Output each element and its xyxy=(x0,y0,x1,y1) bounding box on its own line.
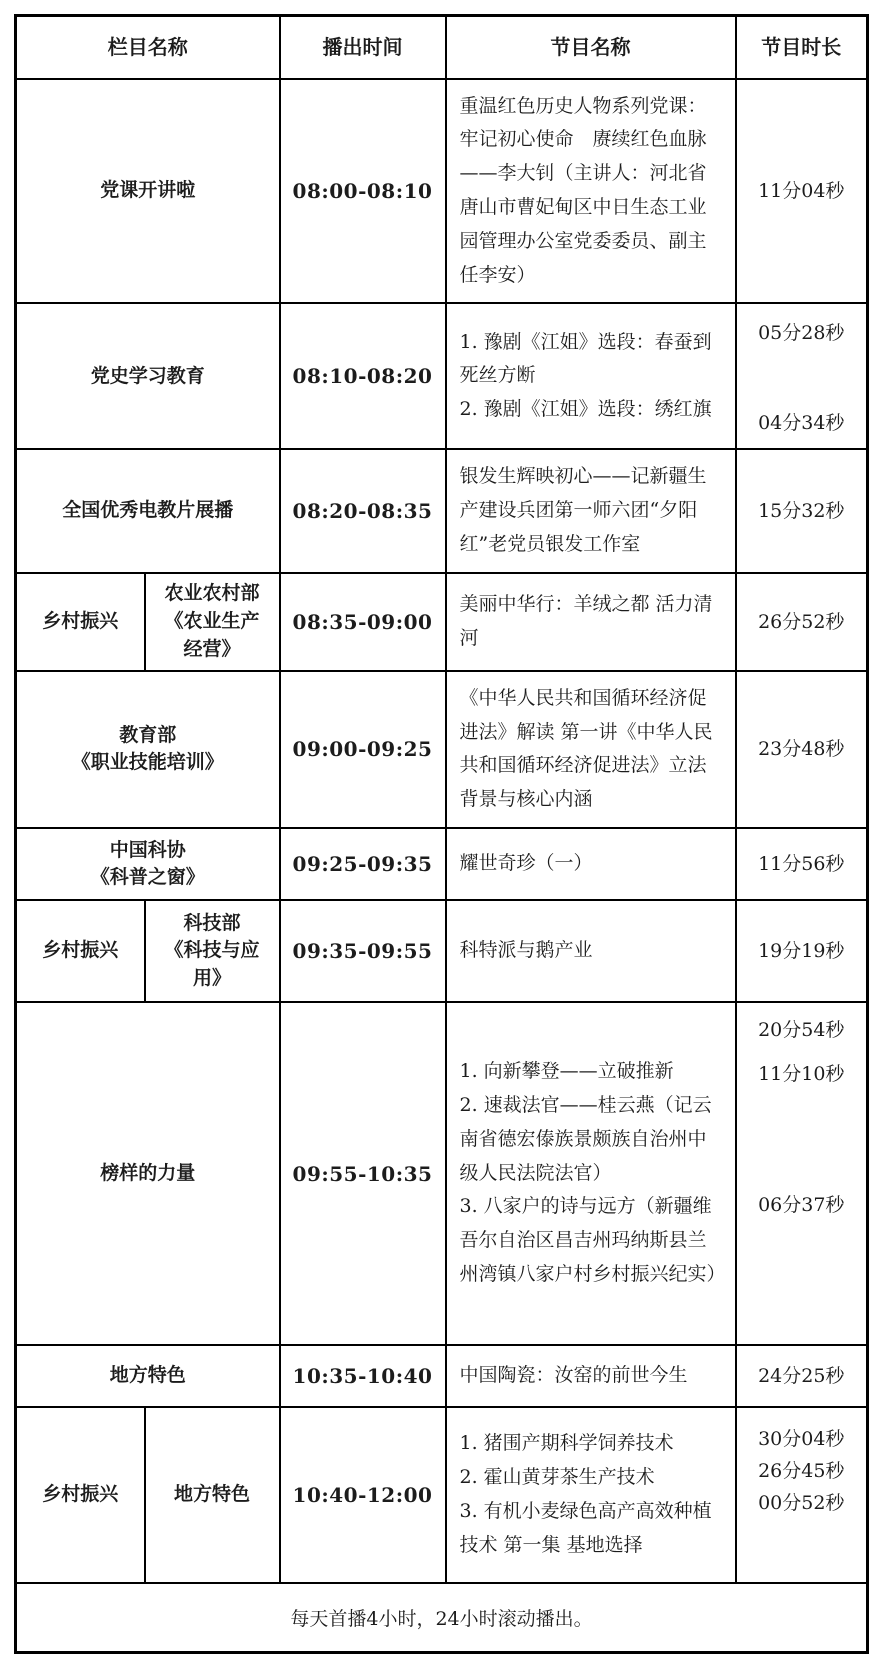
program-name-cell: 《中华人民共和国循环经济促进法》解读 第一讲《中华人民共和国循环经济促进法》立法… xyxy=(446,671,736,828)
duration-cell: 11分04秒 xyxy=(736,79,868,304)
duration-item: 11分56秒 xyxy=(743,851,861,877)
table-row: 中国科协 《科普之窗》09:25-09:35耀世奇珍（一）11分56秒 xyxy=(16,828,868,900)
program-item: 1. 向新攀登——立破推新 xyxy=(460,1055,722,1089)
duration-cell: 24分25秒 xyxy=(736,1345,868,1407)
broadcast-time-cell: 08:20-08:35 xyxy=(280,449,446,572)
program-item: 《中华人民共和国循环经济促进法》解读 第一讲《中华人民共和国循环经济促进法》立法… xyxy=(460,682,722,817)
duration-item: 23分48秒 xyxy=(743,736,861,762)
program-category-cell: 党史学习教育 xyxy=(16,303,280,449)
column-header-duration: 节目时长 xyxy=(736,16,868,79)
program-name-cell: 1. 猪围产期科学饲养技术2. 霍山黄芽茶生产技术3. 有机小麦绿色高产高效种植… xyxy=(446,1407,736,1583)
duration-cell: 11分56秒 xyxy=(736,828,868,900)
footer-row: 每天首播4小时，24小时滚动播出。 xyxy=(16,1583,868,1652)
program-item: 科特派与鹅产业 xyxy=(460,934,722,968)
program-item: 中国陶瓷：汝窑的前世今生 xyxy=(460,1359,722,1393)
program-category-cell: 乡村振兴 xyxy=(16,573,145,671)
program-item: 2. 豫剧《江姐》选段：绣红旗 xyxy=(460,393,722,427)
broadcast-time-cell: 09:25-09:35 xyxy=(280,828,446,900)
duration-cell: 23分48秒 xyxy=(736,671,868,828)
footer-note: 每天首播4小时，24小时滚动播出。 xyxy=(16,1583,868,1652)
duration-item: 26分45秒 xyxy=(743,1458,861,1484)
program-item: 1. 豫剧《江姐》选段：春蚕到死丝方断 xyxy=(460,326,722,394)
broadcast-time-cell: 09:55-10:35 xyxy=(280,1002,446,1345)
duration-item: 04分34秒 xyxy=(743,410,861,436)
broadcast-time-cell: 08:35-09:00 xyxy=(280,573,446,671)
duration-item: 05分28秒 xyxy=(743,320,861,346)
program-name-cell: 美丽中华行：羊绒之都 活力清河 xyxy=(446,573,736,671)
program-category-cell: 地方特色 xyxy=(16,1345,280,1407)
duration-item: 19分19秒 xyxy=(743,938,861,964)
subcategory-cell: 科技部 《科技与应用》 xyxy=(145,900,280,1002)
program-category-cell: 教育部 《职业技能培训》 xyxy=(16,671,280,828)
column-header-category: 栏目名称 xyxy=(16,16,280,79)
broadcast-time-cell: 10:35-10:40 xyxy=(280,1345,446,1407)
duration-item: 26分52秒 xyxy=(743,609,861,635)
program-name-cell: 耀世奇珍（一） xyxy=(446,828,736,900)
broadcast-time-cell: 08:10-08:20 xyxy=(280,303,446,449)
program-name-cell: 科特派与鹅产业 xyxy=(446,900,736,1002)
duration-item: 15分32秒 xyxy=(743,498,861,524)
program-category-cell: 乡村振兴 xyxy=(16,900,145,1002)
program-name-cell: 中国陶瓷：汝窑的前世今生 xyxy=(446,1345,736,1407)
broadcast-time-cell: 09:35-09:55 xyxy=(280,900,446,1002)
table-row: 全国优秀电教片展播08:20-08:35银发生辉映初心——记新疆生产建设兵团第一… xyxy=(16,449,868,572)
program-name-cell: 1. 向新攀登——立破推新2. 速裁法官——桂云燕（记云南省德宏傣族景颇族自治州… xyxy=(446,1002,736,1345)
program-item: 耀世奇珍（一） xyxy=(460,847,722,881)
table-row: 党史学习教育08:10-08:201. 豫剧《江姐》选段：春蚕到死丝方断2. 豫… xyxy=(16,303,868,449)
table-row: 地方特色10:35-10:40中国陶瓷：汝窑的前世今生24分25秒 xyxy=(16,1345,868,1407)
duration-cell: 15分32秒 xyxy=(736,449,868,572)
program-category-cell: 党课开讲啦 xyxy=(16,79,280,304)
broadcast-time-cell: 08:00-08:10 xyxy=(280,79,446,304)
program-category-cell: 全国优秀电教片展播 xyxy=(16,449,280,572)
duration-item: 24分25秒 xyxy=(743,1363,861,1389)
duration-item: 11分10秒 xyxy=(743,1061,861,1087)
duration-item: 20分54秒 xyxy=(743,1017,861,1043)
subcategory-cell: 地方特色 xyxy=(145,1407,280,1583)
program-item: 3. 有机小麦绿色高产高效种植技术 第一集 基地选择 xyxy=(460,1495,722,1563)
table-row: 乡村振兴地方特色10:40-12:001. 猪围产期科学饲养技术2. 霍山黄芽茶… xyxy=(16,1407,868,1583)
schedule-body: 党课开讲啦08:00-08:10重温红色历史人物系列党课：牢记初心使命 赓续红色… xyxy=(16,79,868,1584)
program-item: 美丽中华行：羊绒之都 活力清河 xyxy=(460,588,722,656)
duration-item: 30分04秒 xyxy=(743,1426,861,1452)
program-name-cell: 1. 豫剧《江姐》选段：春蚕到死丝方断2. 豫剧《江姐》选段：绣红旗 xyxy=(446,303,736,449)
program-item: 3. 八家户的诗与远方（新疆维吾尔自治区昌吉州玛纳斯县兰州湾镇八家户村乡村振兴纪… xyxy=(460,1190,722,1291)
duration-cell: 30分04秒26分45秒00分52秒 xyxy=(736,1407,868,1583)
duration-cell: 05分28秒04分34秒 xyxy=(736,303,868,449)
duration-cell: 19分19秒 xyxy=(736,900,868,1002)
subcategory-cell: 农业农村部 《农业生产经营》 xyxy=(145,573,280,671)
duration-item: 06分37秒 xyxy=(743,1192,861,1218)
program-category-cell: 乡村振兴 xyxy=(16,1407,145,1583)
program-category-cell: 榜样的力量 xyxy=(16,1002,280,1345)
table-row: 榜样的力量09:55-10:351. 向新攀登——立破推新2. 速裁法官——桂云… xyxy=(16,1002,868,1345)
table-row: 乡村振兴科技部 《科技与应用》09:35-09:55科特派与鹅产业19分19秒 xyxy=(16,900,868,1002)
program-item: 2. 霍山黄芽茶生产技术 xyxy=(460,1461,722,1495)
program-item: 1. 猪围产期科学饲养技术 xyxy=(460,1427,722,1461)
table-row: 党课开讲啦08:00-08:10重温红色历史人物系列党课：牢记初心使命 赓续红色… xyxy=(16,79,868,304)
broadcast-time-cell: 09:00-09:25 xyxy=(280,671,446,828)
program-item: 重温红色历史人物系列党课：牢记初心使命 赓续红色血脉——李大钊（主讲人：河北省唐… xyxy=(460,90,722,293)
program-schedule-table: 栏目名称 播出时间 节目名称 节目时长 党课开讲啦08:00-08:10重温红色… xyxy=(14,14,869,1654)
program-name-cell: 银发生辉映初心——记新疆生产建设兵团第一师六团“夕阳红”老党员银发工作室 xyxy=(446,449,736,572)
column-header-program: 节目名称 xyxy=(446,16,736,79)
duration-cell: 20分54秒11分10秒06分37秒 xyxy=(736,1002,868,1345)
duration-item: 11分04秒 xyxy=(743,178,861,204)
program-item: 2. 速裁法官——桂云燕（记云南省德宏傣族景颇族自治州中级人民法院法官） xyxy=(460,1089,722,1190)
program-name-cell: 重温红色历史人物系列党课：牢记初心使命 赓续红色血脉——李大钊（主讲人：河北省唐… xyxy=(446,79,736,304)
program-item: 银发生辉映初心——记新疆生产建设兵团第一师六团“夕阳红”老党员银发工作室 xyxy=(460,460,722,561)
duration-cell: 26分52秒 xyxy=(736,573,868,671)
broadcast-time-cell: 10:40-12:00 xyxy=(280,1407,446,1583)
table-row: 教育部 《职业技能培训》09:00-09:25《中华人民共和国循环经济促进法》解… xyxy=(16,671,868,828)
header-row: 栏目名称 播出时间 节目名称 节目时长 xyxy=(16,16,868,79)
duration-item: 00分52秒 xyxy=(743,1490,861,1516)
program-category-cell: 中国科协 《科普之窗》 xyxy=(16,828,280,900)
table-row: 乡村振兴农业农村部 《农业生产经营》08:35-09:00美丽中华行：羊绒之都 … xyxy=(16,573,868,671)
column-header-time: 播出时间 xyxy=(280,16,446,79)
